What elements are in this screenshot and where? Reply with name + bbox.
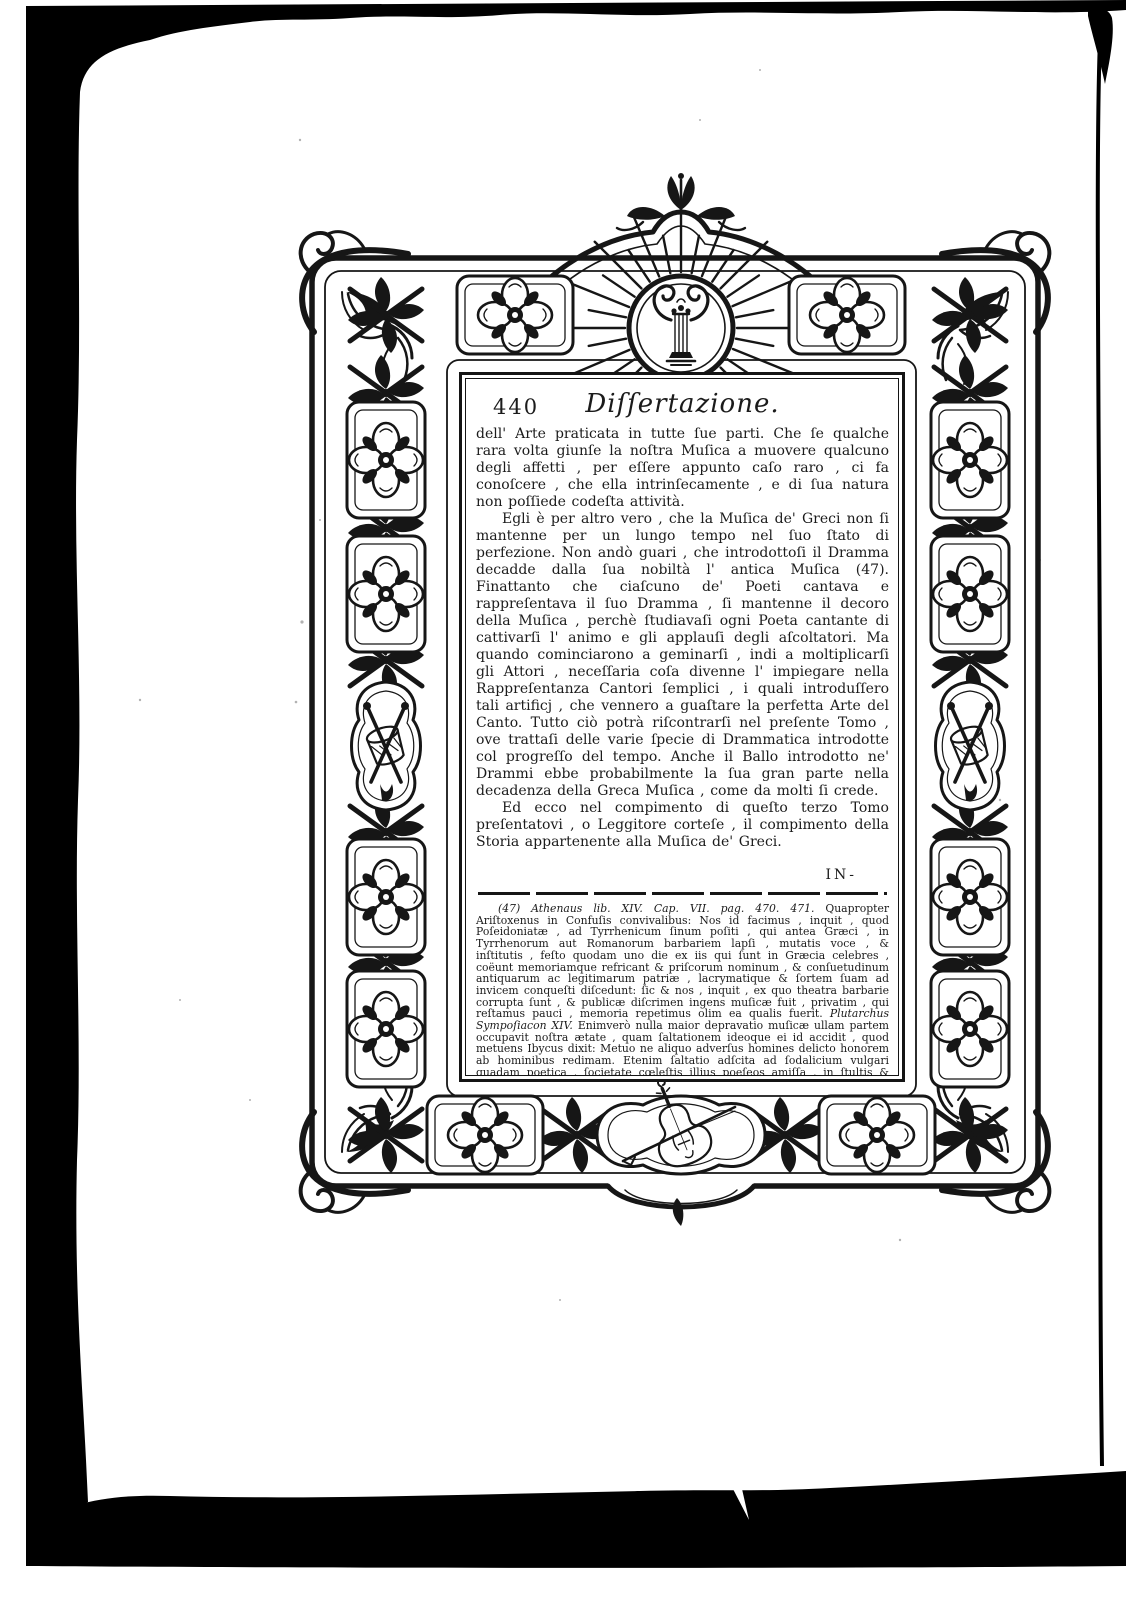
page-number: 440 <box>493 395 539 419</box>
scan-notch <box>733 1489 749 1520</box>
body-text: dell' Arte praticata in tutte ſue parti.… <box>476 426 889 851</box>
bottom-pendant-ornament <box>608 1178 754 1226</box>
paragraph: dell' Arte praticata in tutte ſue parti.… <box>476 426 889 511</box>
catchword: IN- <box>476 867 889 883</box>
text-block: 440 Diſſertazione. dell' Arte praticata … <box>465 378 899 1076</box>
text-block-border: 440 Diſſertazione. dell' Arte praticata … <box>459 372 905 1082</box>
scanned-book-page: 440 Diſſertazione. dell' Arte praticata … <box>0 0 1126 1600</box>
scan-edge-right-blob <box>1088 6 1113 84</box>
footnote: (47) Athenaus lib. XIV. Cap. VII. pag. 4… <box>476 903 889 1076</box>
paragraph: Ed ecco nel compimento di queſto terzo T… <box>476 800 889 851</box>
page-header: 440 Diſſertazione. <box>476 389 889 426</box>
scan-edge-bottom <box>26 1471 1126 1568</box>
scan-edge-right-line <box>1098 18 1102 1466</box>
footnote-rule <box>478 892 887 895</box>
footnote-text: Quapropter Ariſtoxenus in Confuſis convi… <box>476 902 889 1020</box>
paragraph: Egli è per altro vero , che la Muſica de… <box>476 511 889 800</box>
